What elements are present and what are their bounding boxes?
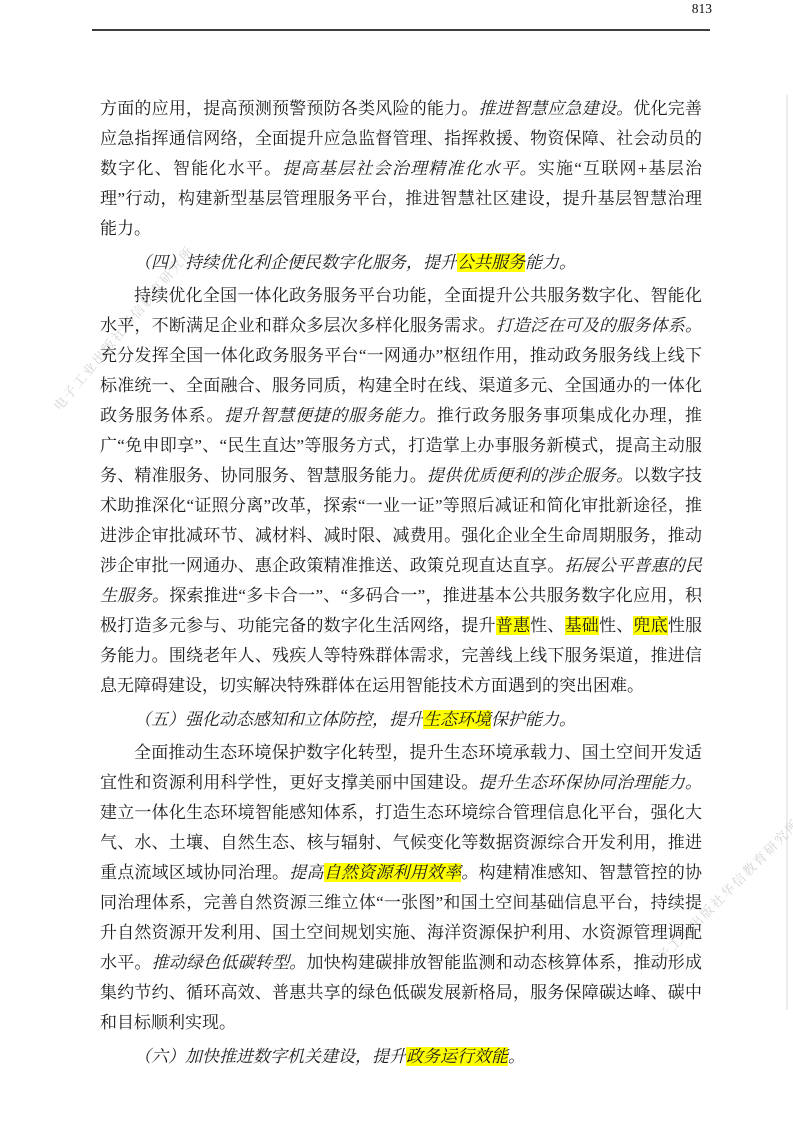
text-run: 。 [461, 863, 478, 882]
text-run: 提升生态环保协同治理能力。 [479, 773, 702, 792]
highlighted-text: 政务运行效能 [406, 1047, 508, 1066]
text-run: （五）强化动态感知和立体防控，提升 [134, 710, 423, 729]
document-body: 方面的应用，提高预测预警预防各类风险的能力。推进智慧应急建设。优化完善应急指挥通… [100, 94, 702, 1075]
page-edge-line [786, 95, 788, 1010]
section-heading: （五）强化动态感知和立体防控，提升生态环境保护能力。 [100, 705, 702, 735]
text-run: 提供优质便利的涉企服务。 [427, 466, 633, 485]
body-paragraph: 全面推动生态环境保护数字化转型，提升生态环境承载力、国土空间开发适宜性和资源利用… [100, 738, 702, 1038]
highlighted-text: 普惠 [496, 616, 530, 635]
text-run: 保护能力。 [491, 710, 576, 729]
text-run: （四）持续优化利企便民数字化服务，提升 [134, 253, 457, 272]
page-number: 813 [0, 1, 712, 17]
text-run: 提升智慧便捷的服务能力。 [224, 406, 437, 425]
highlighted-text: 基础 [565, 616, 599, 635]
text-run: （六）加快推进数字机关建设，提升 [134, 1047, 406, 1066]
text-run: 能力。 [525, 253, 576, 272]
section-heading: （六）加快推进数字机关建设，提升政务运行效能。 [100, 1042, 702, 1072]
text-run: 。 [508, 1047, 525, 1066]
text-run: 性、 [530, 616, 564, 635]
header-rule [92, 29, 710, 31]
text-run: 推进智慧应急建设。 [479, 99, 634, 118]
body-paragraph: 持续优化全国一体化政务服务平台功能，全面提升公共服务数字化、智能化水平，不断满足… [100, 281, 702, 701]
highlighted-text: 生态环境 [423, 710, 491, 729]
section-heading: （四）持续优化利企便民数字化服务，提升公共服务能力。 [100, 248, 702, 278]
text-run: 提高基层社会治理精准化水平。 [282, 159, 537, 178]
text-run: 性、 [599, 616, 633, 635]
highlighted-text: 自然资源利用效率 [324, 863, 462, 882]
text-run: 推动绿色低碳转型。 [152, 953, 307, 972]
text-run: 打造泛在可及的服务体系。 [496, 316, 702, 335]
body-paragraph: 方面的应用，提高预测预警预防各类风险的能力。推进智慧应急建设。优化完善应急指挥通… [100, 94, 702, 244]
highlighted-text: 公共服务 [457, 253, 525, 272]
highlighted-text: 兜底 [633, 616, 667, 635]
text-run: 方面的应用，提高预测预警预防各类风险的能力。 [100, 99, 479, 118]
text-run: 提高 [289, 863, 323, 882]
